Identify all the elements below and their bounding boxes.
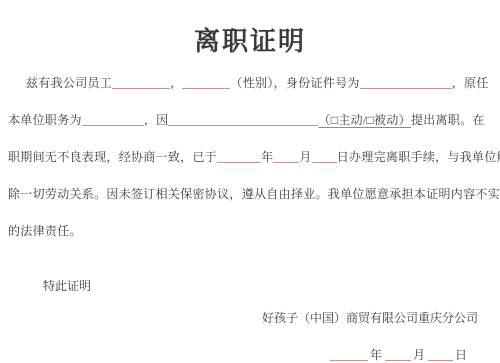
text-segment: ， xyxy=(170,76,182,90)
blank-month xyxy=(273,151,299,163)
body-line: 兹有我公司员工，（性别），身份证件号为，原任 xyxy=(8,65,492,102)
blank-sign-month xyxy=(385,349,411,361)
document-body: 兹有我公司员工，（性别），身份证件号为，原任本单位职务为，因（□主动/□被动）提… xyxy=(8,65,492,250)
text-segment: 本单位职务为 xyxy=(8,113,82,127)
body-line: 本单位职务为，因（□主动/□被动）提出离职。在 xyxy=(8,102,492,139)
body-line: 职期间无不良表现，经协商一致，已于年月日办理完离职手续，与我单位解 xyxy=(8,139,492,176)
text-segment: 提出离职。在 xyxy=(411,113,485,127)
text-segment: 的法律责任。 xyxy=(8,224,82,238)
text-segment: 日办理完离职手续，与我单位解 xyxy=(337,150,500,164)
blank-sign-year xyxy=(330,349,368,361)
document-title: 离职证明 xyxy=(0,0,500,57)
body-line: 除一切劳动关系。因未签订相关保密协议，遵从自由择业。我单位愿意承担本证明内容不实 xyxy=(8,176,492,213)
blank-employee-name xyxy=(112,77,170,89)
text-segment: 月 xyxy=(411,348,428,362)
checkbox-options: （□主动/□被动） xyxy=(318,113,411,127)
text-segment: 年 xyxy=(368,348,385,362)
blank-position xyxy=(82,114,144,126)
blank-year xyxy=(217,151,261,163)
text-segment: 月 xyxy=(299,150,311,164)
blank-reason xyxy=(168,114,318,126)
blank-gender xyxy=(182,77,230,89)
blank-day xyxy=(312,151,337,163)
text-segment: 兹有我公司员工 xyxy=(26,76,112,90)
company-signature: 好孩子（中国）商贸有限公司重庆分公司 xyxy=(0,310,500,326)
closing-statement: 特此证明 xyxy=(43,278,500,294)
text-segment: 职期间无不良表现，经协商一致，已于 xyxy=(8,150,217,164)
signature-date-line: 年月日 xyxy=(0,347,500,363)
certificate-document: 离职证明 兹有我公司员工，（性别），身份证件号为，原任本单位职务为，因（□主动/… xyxy=(0,0,500,363)
blank-sign-day xyxy=(428,349,453,361)
text-segment: ，因 xyxy=(144,113,169,127)
body-line: 的法律责任。 xyxy=(8,213,492,250)
text-segment: 日 xyxy=(453,348,470,362)
text-segment: 年 xyxy=(261,150,273,164)
text-segment: （性别），身份证件号为 xyxy=(230,76,359,90)
text-segment: 除一切劳动关系。因未签订相关保密协议，遵从自由择业。我单位愿意承担本证明内容不实 xyxy=(8,187,500,201)
blank-id-number xyxy=(360,77,452,89)
text-segment: ，原任 xyxy=(452,76,489,90)
